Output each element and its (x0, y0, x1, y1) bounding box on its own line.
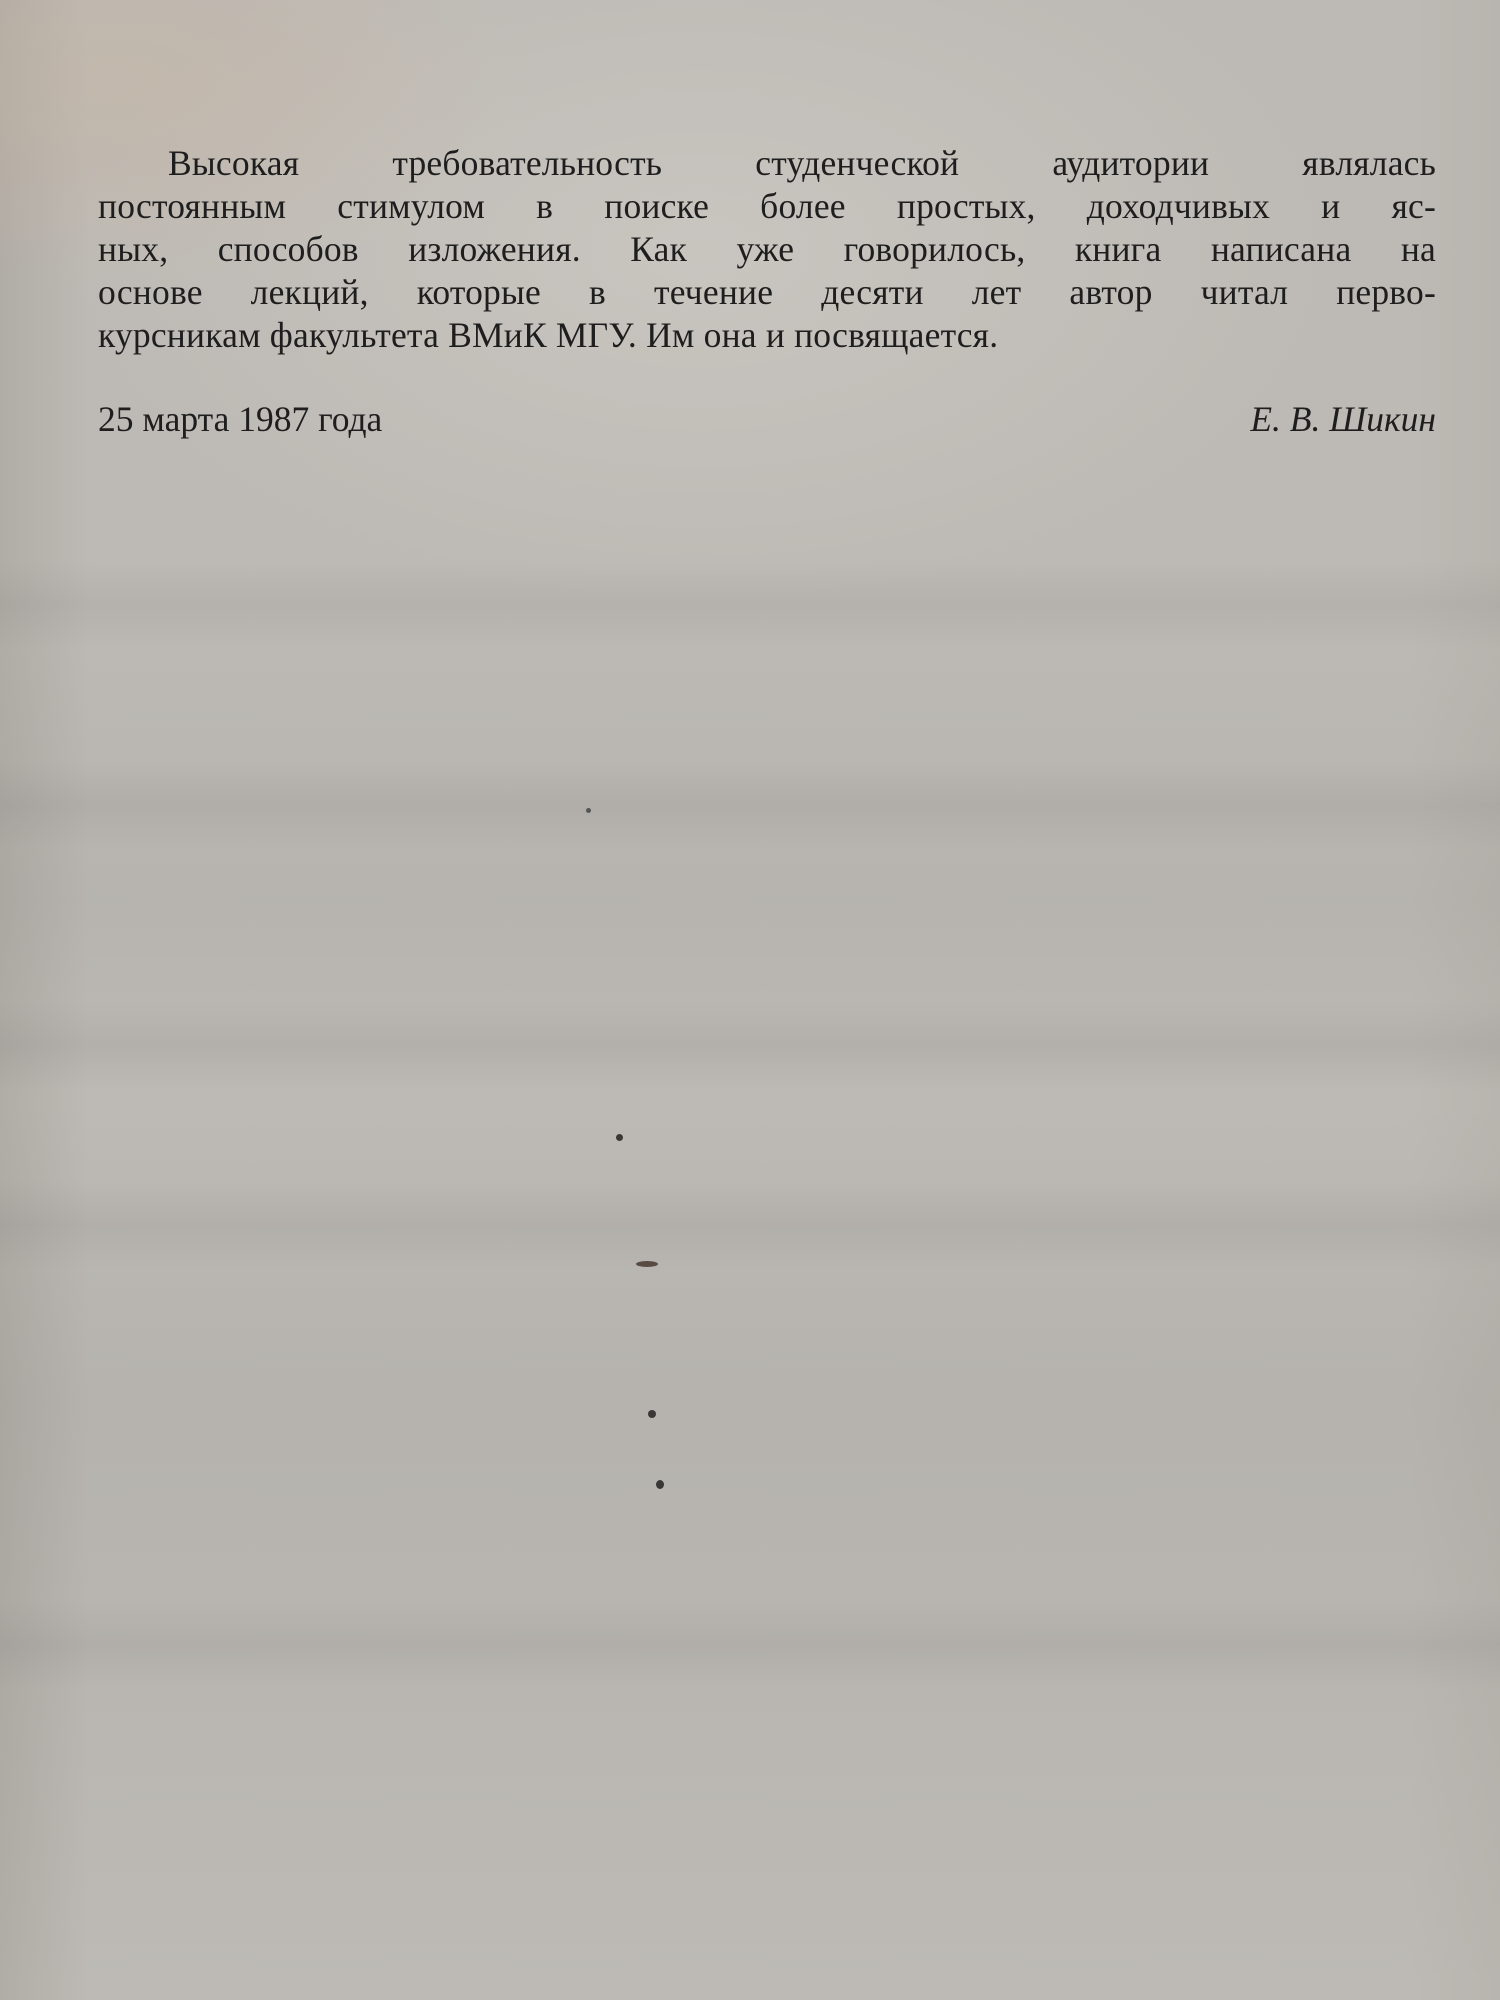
paragraph-line: постоянным стимулом в поиске более прост… (98, 185, 1436, 228)
author-signature: Е. В. Шикин (1250, 398, 1436, 440)
date-text: 25 марта 1987 года (98, 398, 382, 440)
show-through-shade (0, 1180, 1500, 1270)
preface-paragraph: Высокая требовательность студенческой ау… (98, 142, 1436, 357)
show-through-shade (0, 1600, 1500, 1690)
paper-speck (656, 1480, 664, 1489)
show-through-shade (0, 560, 1500, 650)
paper-speck (636, 1261, 658, 1267)
show-through-shade (0, 760, 1500, 850)
paper-speck (586, 808, 591, 813)
paragraph-line: курсникам факультета ВМиК МГУ. Им она и … (98, 314, 1436, 357)
paper-speck (648, 1410, 656, 1418)
paragraph-line: основе лекций, которые в течение десяти … (98, 271, 1436, 314)
paper-speck (616, 1134, 623, 1141)
signature-row: 25 марта 1987 года Е. В. Шикин (98, 398, 1436, 442)
paragraph-line: Высокая требовательность студенческой ау… (98, 142, 1436, 185)
paragraph-line: ных, способов изложения. Как уже говорил… (98, 228, 1436, 271)
show-through-shade (0, 1000, 1500, 1090)
